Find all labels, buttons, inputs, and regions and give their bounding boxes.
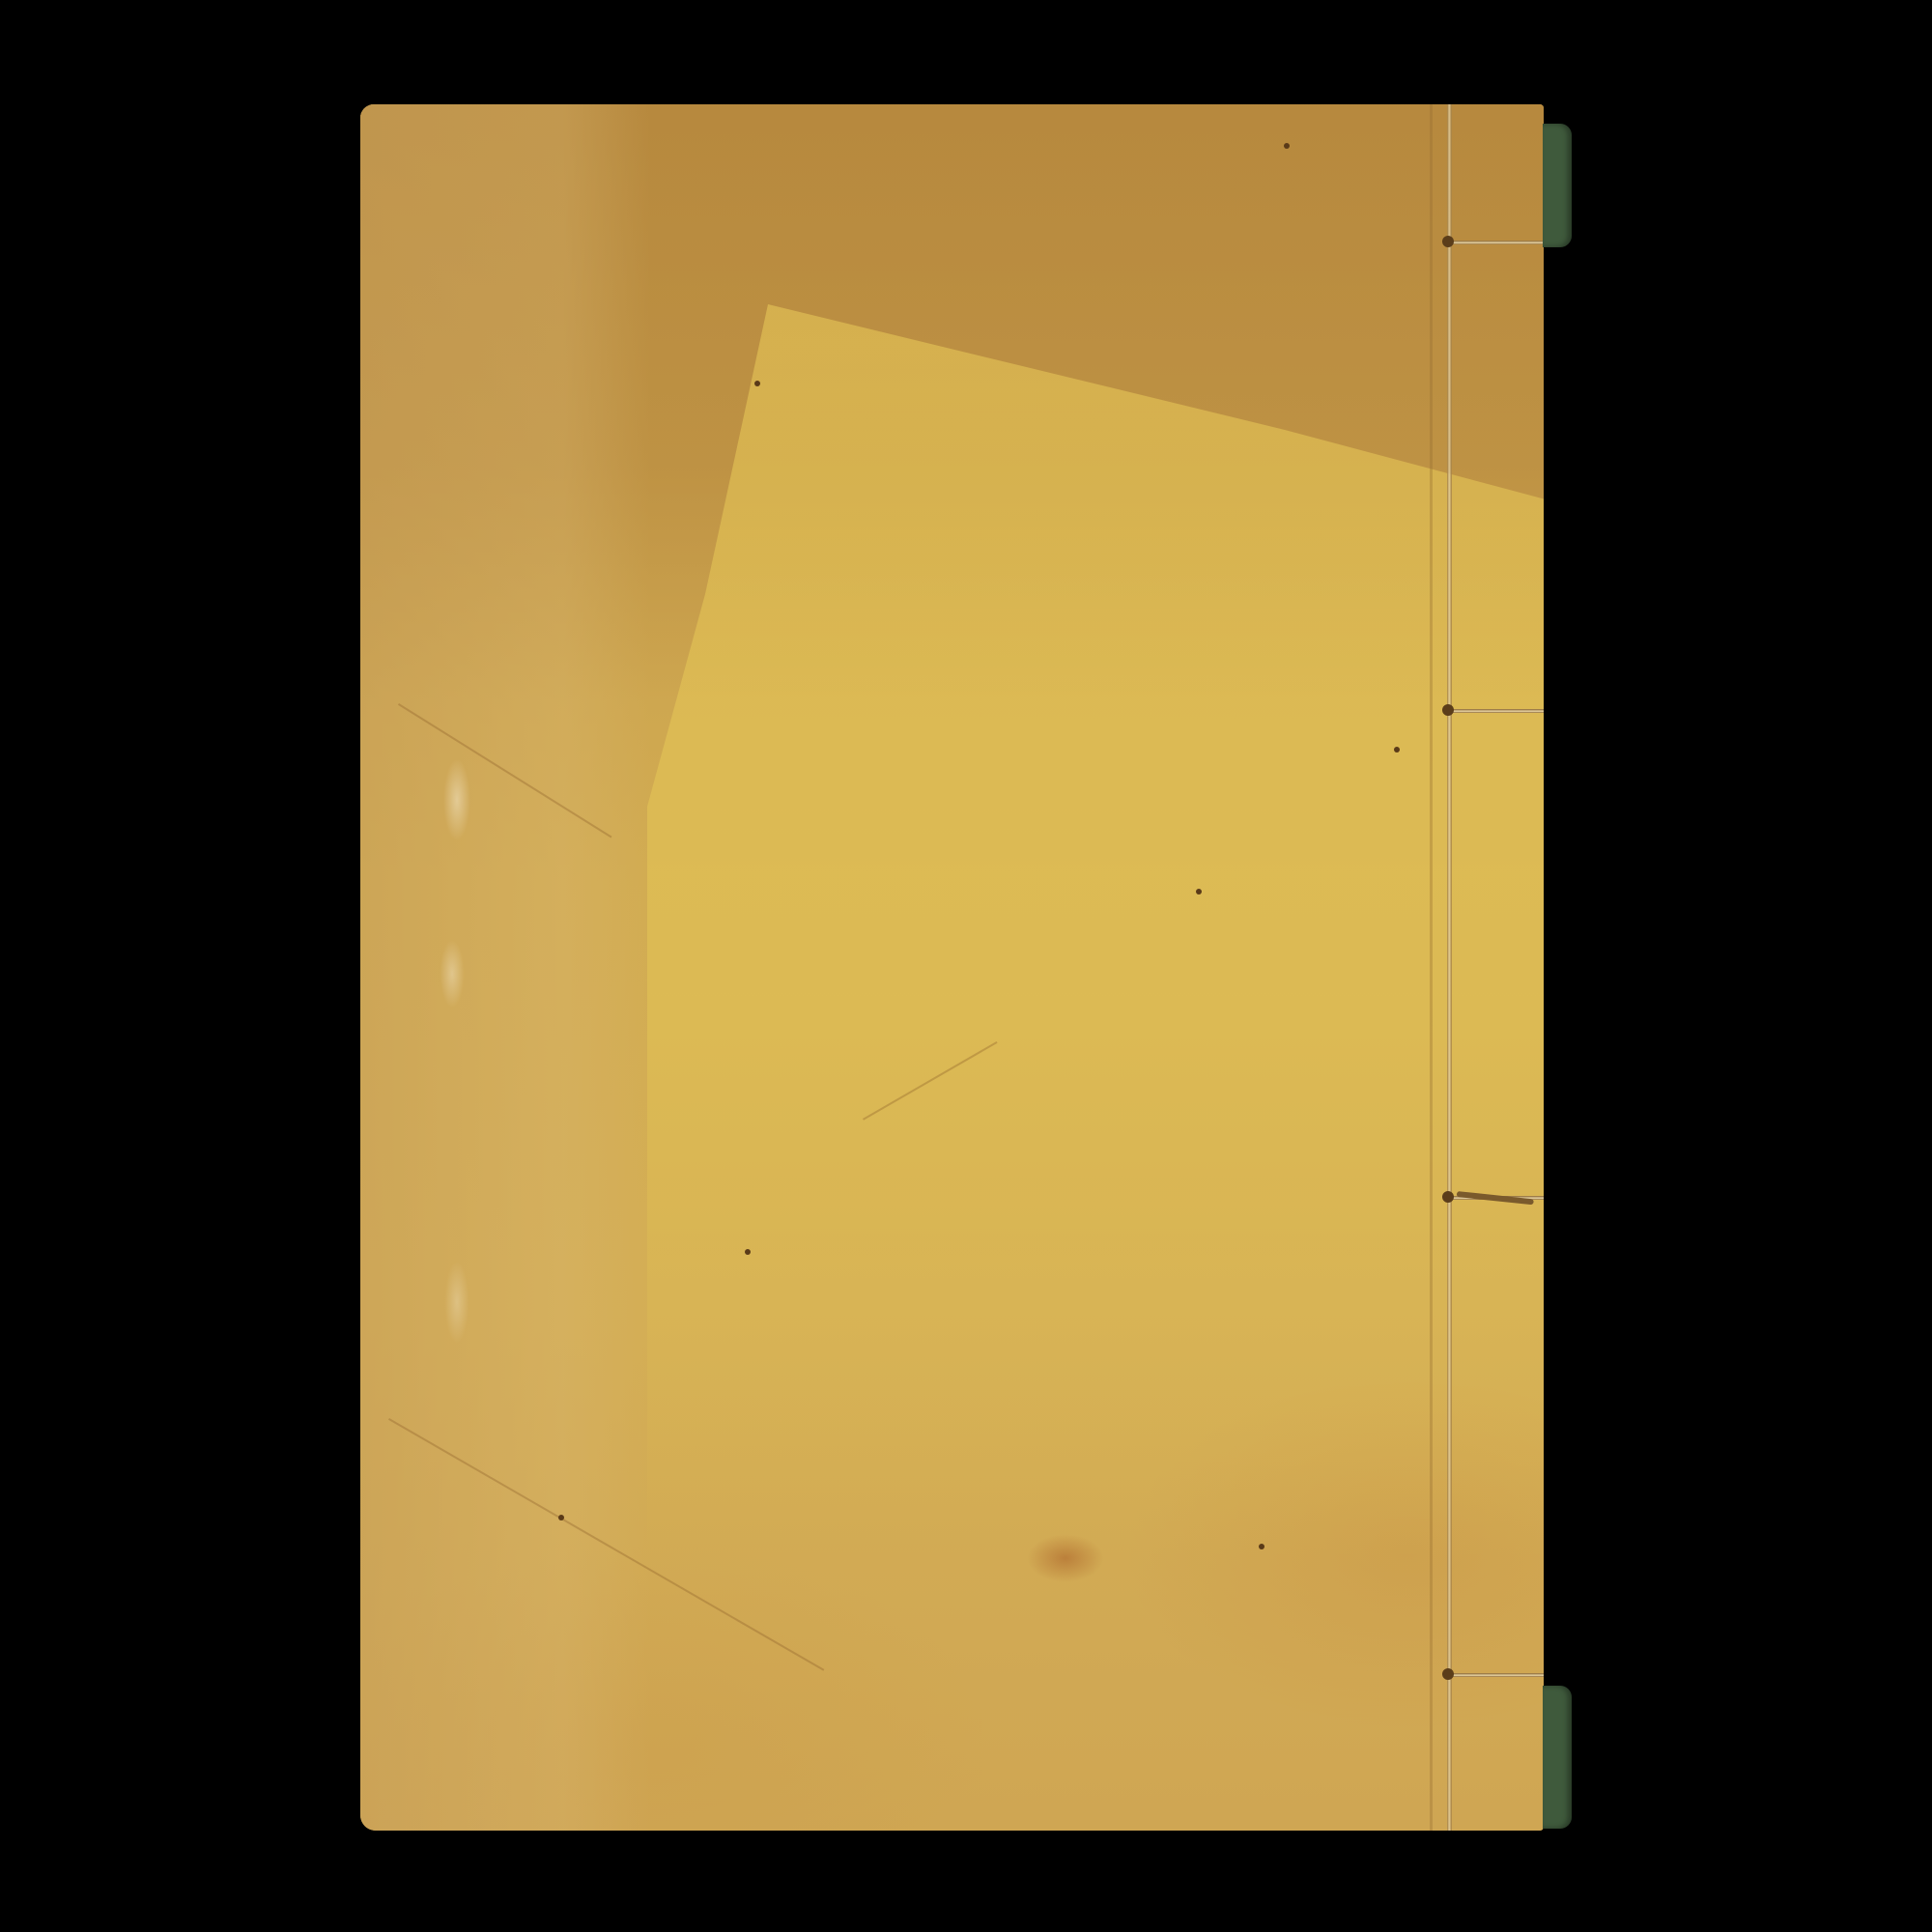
left-faded-band: [360, 104, 650, 1831]
spine-fold-line: [1430, 104, 1433, 1831]
specks: [745, 1249, 751, 1255]
specks: [1284, 143, 1290, 149]
brown-stain: [1027, 1534, 1104, 1582]
worn-white-patches: [428, 684, 486, 1360]
specks: [1259, 1544, 1264, 1549]
stitch-4: [1447, 1673, 1544, 1677]
stitch-2: [1447, 709, 1544, 713]
stitch-knot: [1442, 1191, 1454, 1203]
photo-background: [0, 0, 1932, 1932]
binding-thread: [1447, 104, 1452, 1831]
stitch-knot: [1442, 236, 1454, 247]
stitch-knot: [1442, 704, 1454, 716]
bottom-corner-guard: [1543, 1686, 1572, 1829]
light-yellow-region: [647, 304, 1544, 1560]
book-back-cover: [360, 104, 1544, 1831]
specks: [558, 1515, 564, 1520]
top-corner-guard: [1543, 124, 1572, 247]
stitch-knot: [1442, 1668, 1454, 1680]
specks: [1196, 889, 1202, 895]
stitch-1: [1447, 241, 1544, 244]
specks: [754, 381, 760, 386]
specks: [1394, 747, 1400, 753]
